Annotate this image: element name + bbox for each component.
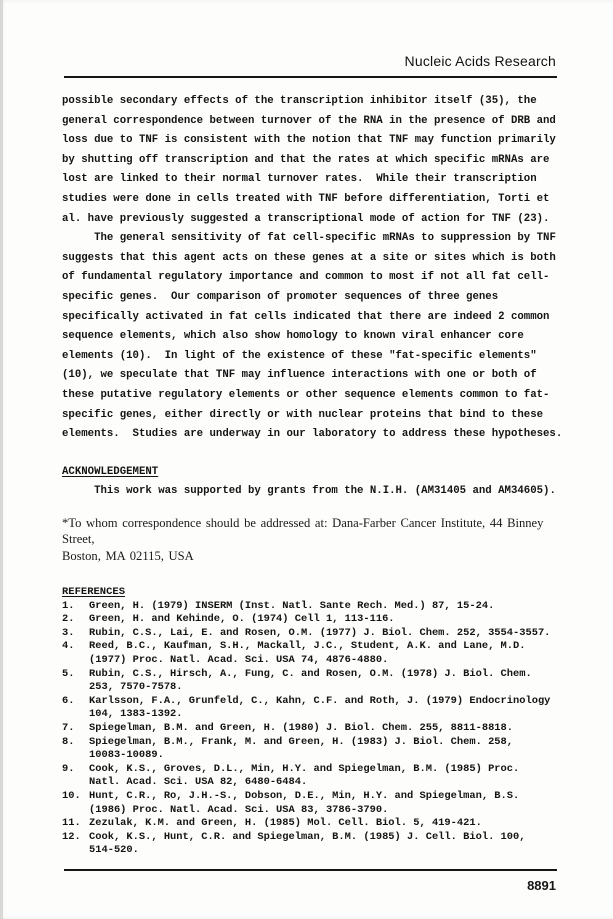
reference-text: Hunt, C.R., Ro, J.H.-S., Dobson, D.E., M… — [89, 790, 567, 817]
reference-item: 8. Spiegelman, B.M., Frank, M. and Green… — [62, 736, 567, 763]
body-paragraph-1: possible secondary effects of the transc… — [62, 92, 565, 229]
reference-number: 8. — [62, 736, 89, 750]
header-rule — [64, 76, 557, 78]
reference-text: Rubin, C.S., Lai, E. and Rosen, O.M. (19… — [89, 627, 567, 641]
journal-page: Nucleic Acids Research possible secondar… — [0, 0, 613, 919]
reference-text: Cook, K.S., Groves, D.L., Min, H.Y. and … — [89, 763, 567, 790]
reference-item: 5. Rubin, C.S., Hirsch, A., Fung, C. and… — [62, 668, 567, 695]
reference-item: 11. Zezulak, K.M. and Green, H. (1985) M… — [62, 817, 567, 831]
reference-number: 3. — [62, 627, 89, 641]
reference-text: Spiegelman, B.M. and Green, H. (1980) J.… — [89, 722, 567, 736]
reference-number: 2. — [62, 613, 89, 627]
reference-number: 10. — [62, 790, 89, 804]
references-heading: REFERENCES — [62, 586, 125, 600]
body-paragraph-2: The general sensitivity of fat cell-spec… — [62, 229, 565, 445]
reference-list: 1. Green, H. (1979) INSERM (Inst. Natl. … — [62, 600, 567, 858]
reference-number: 6. — [62, 695, 89, 709]
footer-rule — [64, 869, 557, 871]
reference-number: 9. — [62, 763, 89, 777]
reference-item: 12. Cook, K.S., Hunt, C.R. and Spiegelma… — [62, 831, 567, 858]
acknowledgement-heading: ACKNOWLEDGEMENT — [62, 463, 158, 483]
page-number: 8891 — [0, 878, 556, 893]
reference-number: 5. — [62, 668, 89, 682]
correspondence-footnote: *To whom correspondence should be addres… — [62, 515, 565, 564]
reference-number: 1. — [62, 600, 89, 614]
references-section: REFERENCES 1. Green, H. (1979) INSERM (I… — [62, 581, 567, 858]
reference-number: 11. — [62, 817, 89, 831]
reference-text: Karlsson, F.A., Grunfeld, C., Kahn, C.F.… — [89, 695, 567, 722]
reference-number: 12. — [62, 831, 89, 845]
reference-item: 1. Green, H. (1979) INSERM (Inst. Natl. … — [62, 600, 567, 614]
scan-edge-artifact — [0, 0, 3, 919]
reference-item: 9. Cook, K.S., Groves, D.L., Min, H.Y. a… — [62, 763, 567, 790]
reference-text: Reed, B.C., Kaufman, S.H., Mackall, J.C.… — [89, 640, 567, 667]
reference-text: Cook, K.S., Hunt, C.R. and Spiegelman, B… — [89, 831, 567, 858]
reference-text: Green, H. (1979) INSERM (Inst. Natl. San… — [89, 600, 567, 614]
reference-text: Rubin, C.S., Hirsch, A., Fung, C. and Ro… — [89, 668, 567, 695]
reference-item: 3. Rubin, C.S., Lai, E. and Rosen, O.M. … — [62, 627, 567, 641]
reference-item: 4. Reed, B.C., Kaufman, S.H., Mackall, J… — [62, 640, 567, 667]
reference-number: 7. — [62, 722, 89, 736]
journal-title: Nucleic Acids Research — [0, 54, 556, 69]
reference-item: 10. Hunt, C.R., Ro, J.H.-S., Dobson, D.E… — [62, 790, 567, 817]
acknowledgement-text: This work was supported by grants from t… — [62, 482, 565, 502]
reference-number: 4. — [62, 640, 89, 654]
reference-text: Spiegelman, B.M., Frank, M. and Green, H… — [89, 736, 567, 763]
reference-text: Green, H. and Kehinde, O. (1974) Cell 1,… — [89, 613, 567, 627]
reference-item: 2. Green, H. and Kehinde, O. (1974) Cell… — [62, 613, 567, 627]
reference-item: 6. Karlsson, F.A., Grunfeld, C., Kahn, C… — [62, 695, 567, 722]
reference-text: Zezulak, K.M. and Green, H. (1985) Mol. … — [89, 817, 567, 831]
acknowledgement-section: ACKNOWLEDGEMENT This work was supported … — [62, 461, 565, 502]
reference-item: 7. Spiegelman, B.M. and Green, H. (1980)… — [62, 722, 567, 736]
